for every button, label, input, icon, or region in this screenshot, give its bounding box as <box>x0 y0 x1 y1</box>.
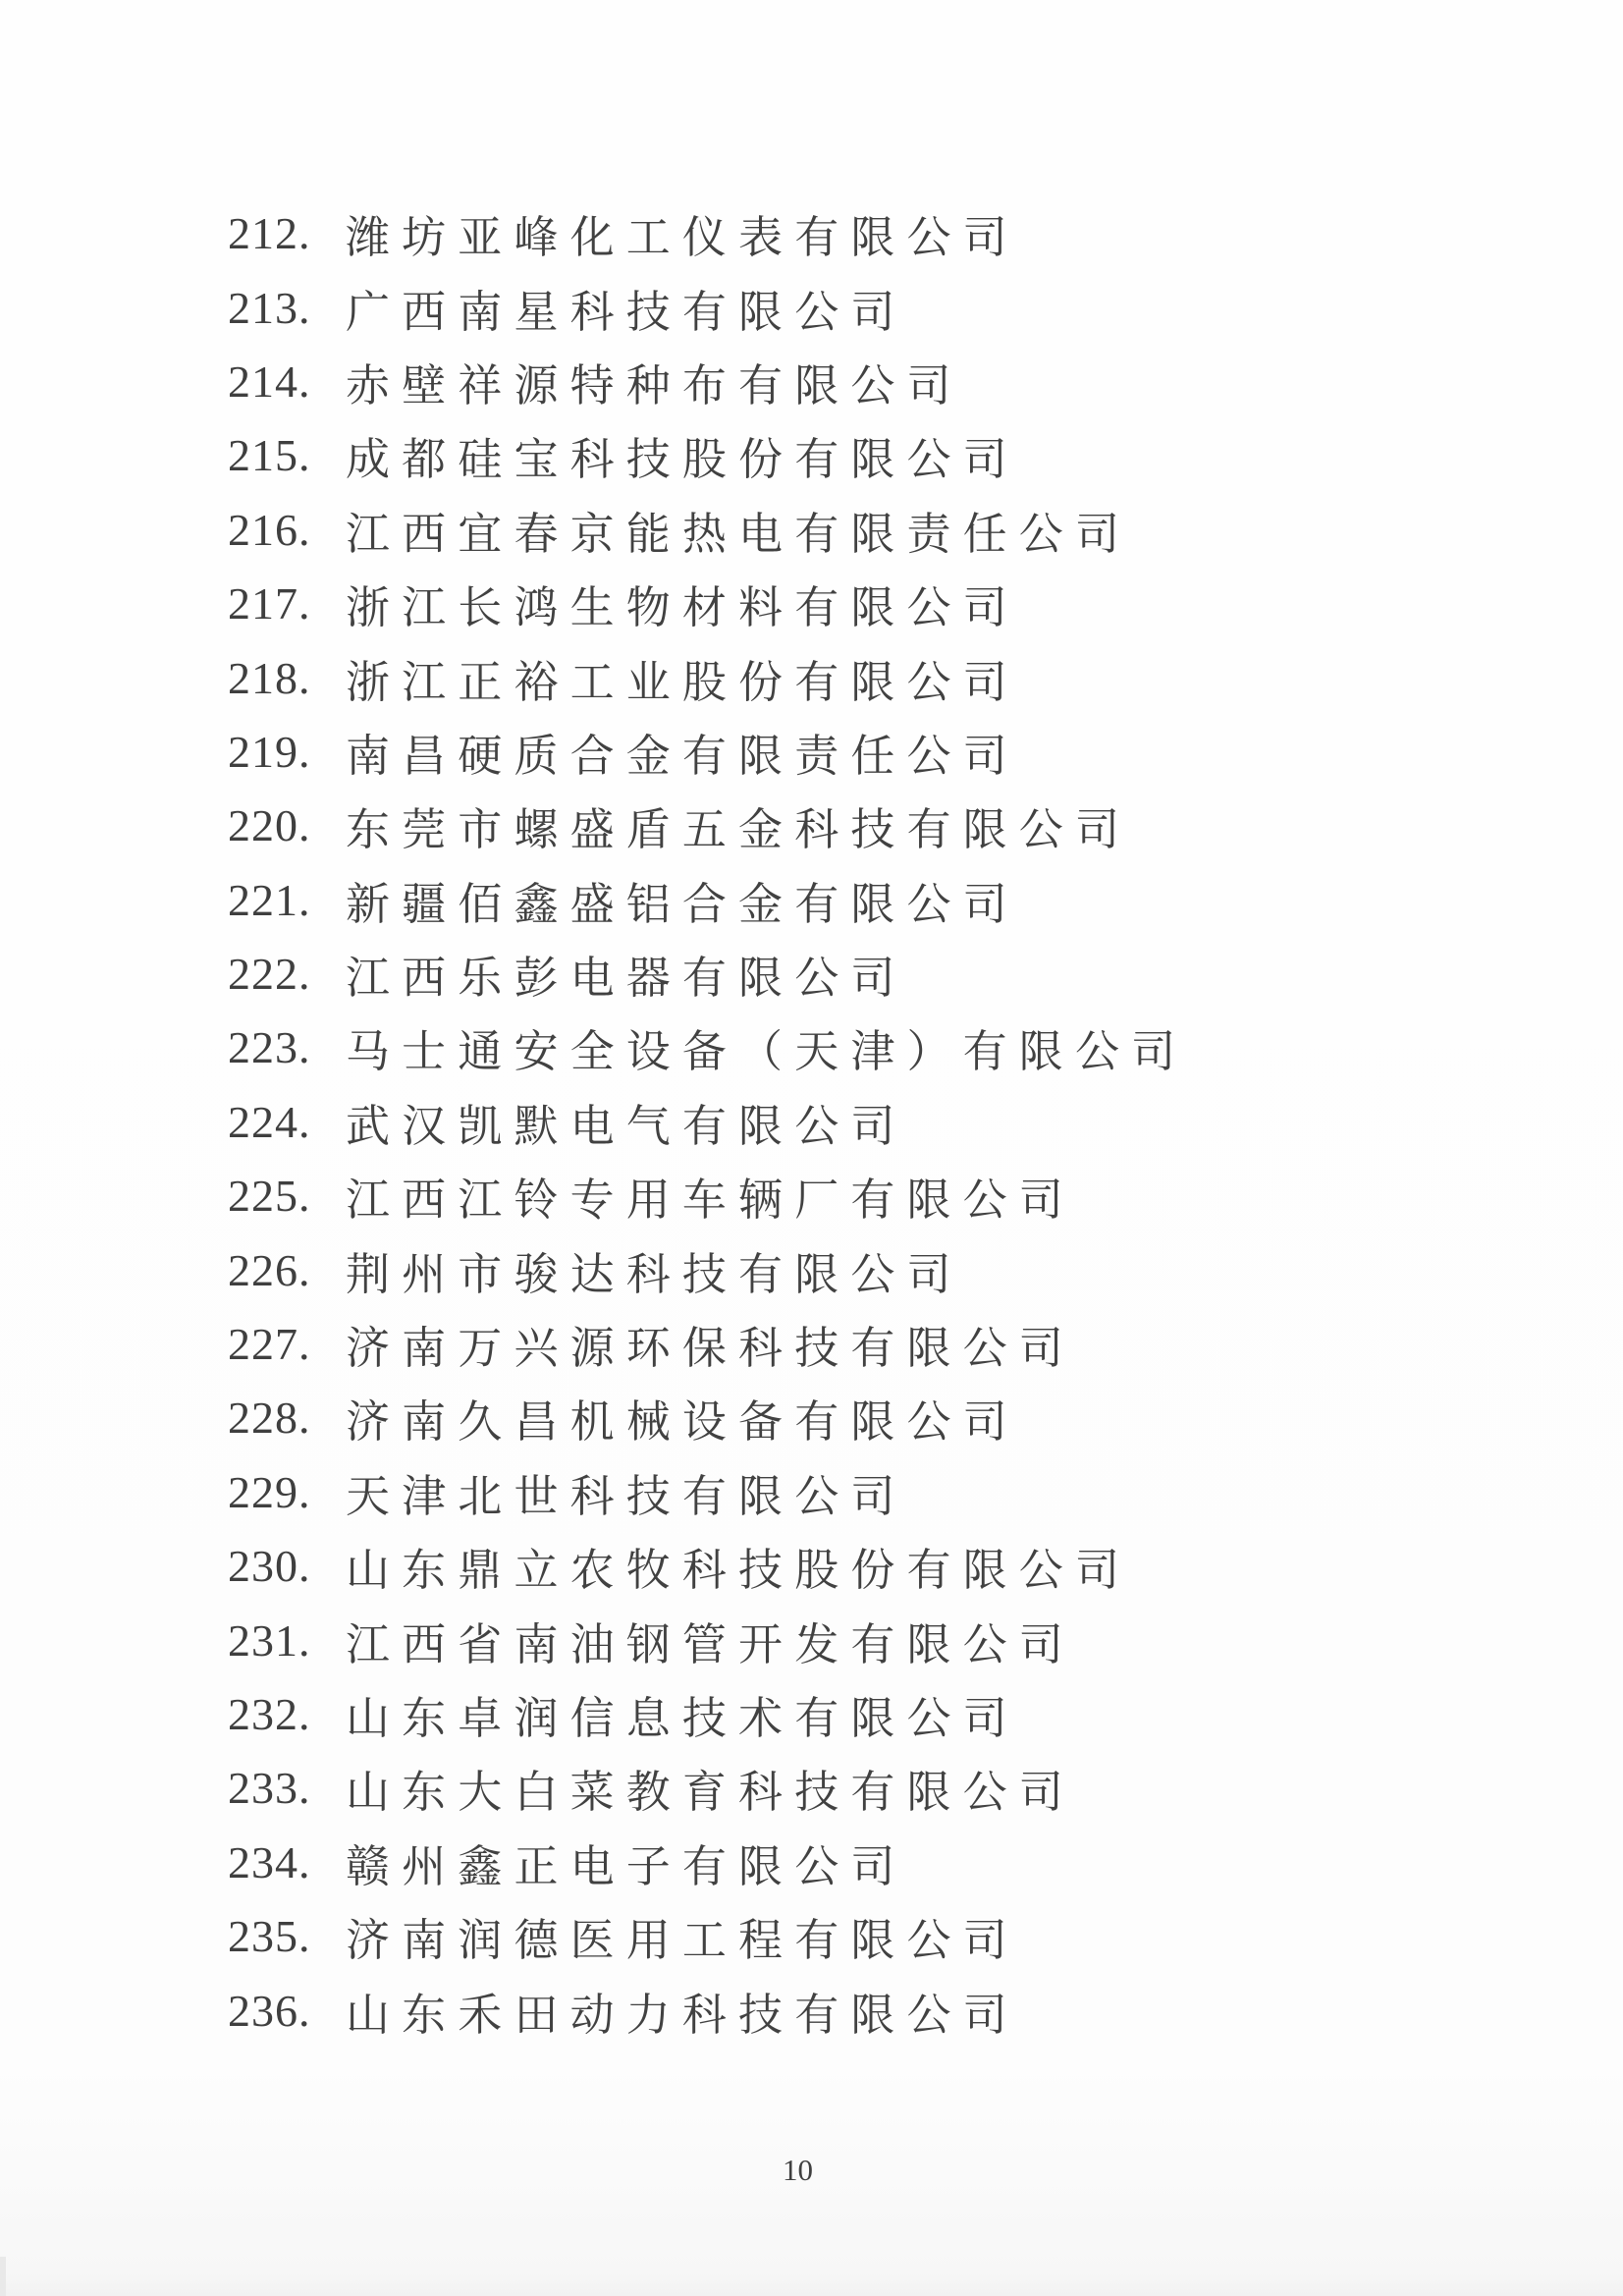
item-name: 济南久昌机械设备有限公司 <box>346 1386 1019 1449</box>
list-item: 229.天津北世科技有限公司 <box>228 1455 1564 1529</box>
item-number: 229. <box>228 1466 346 1518</box>
item-number: 232. <box>228 1688 346 1740</box>
item-number: 221. <box>228 874 346 926</box>
item-name: 天津北世科技有限公司 <box>346 1460 907 1524</box>
list-item: 225.江西江铃专用车辆厂有限公司 <box>228 1159 1564 1232</box>
list-item: 227.济南万兴源环保科技有限公司 <box>228 1307 1564 1381</box>
company-list: 212.潍坊亚峰化工仪表有限公司213.广西南星科技有限公司214.赤壁祥源特种… <box>228 196 1564 2048</box>
item-name: 江西省南油钢管开发有限公司 <box>346 1609 1075 1672</box>
item-name: 赤壁祥源特种布有限公司 <box>346 350 963 413</box>
item-name: 江西江铃专用车辆厂有限公司 <box>346 1164 1075 1228</box>
item-number: 216. <box>228 504 346 556</box>
item-number: 224. <box>228 1096 346 1148</box>
item-number: 235. <box>228 1910 346 1962</box>
item-number: 234. <box>228 1836 346 1888</box>
item-name: 济南润德医用工程有限公司 <box>346 1904 1019 1968</box>
list-item: 236.山东禾田动力科技有限公司 <box>228 1973 1564 2047</box>
list-item: 219.南昌硬质合金有限责任公司 <box>228 715 1564 789</box>
item-number: 223. <box>228 1021 346 1073</box>
item-name: 广西南星科技有限公司 <box>346 276 907 340</box>
list-item: 224.武汉凯默电气有限公司 <box>228 1085 1564 1159</box>
document-page: 212.潍坊亚峰化工仪表有限公司213.广西南星科技有限公司214.赤壁祥源特种… <box>0 0 1623 2296</box>
item-number: 218. <box>228 652 346 704</box>
item-name: 南昌硬质合金有限责任公司 <box>346 720 1019 784</box>
list-item: 230.山东鼎立农牧科技股份有限公司 <box>228 1529 1564 1603</box>
page-number: 10 <box>783 2153 813 2188</box>
item-name: 成都硅宝科技股份有限公司 <box>346 423 1019 487</box>
item-number: 236. <box>228 1985 346 2037</box>
item-number: 219. <box>228 726 346 778</box>
list-item: 233.山东大白菜教育科技有限公司 <box>228 1751 1564 1825</box>
list-item: 221.新疆佰鑫盛铝合金有限公司 <box>228 863 1564 937</box>
item-number: 215. <box>228 429 346 481</box>
item-name: 济南万兴源环保科技有限公司 <box>346 1312 1075 1376</box>
item-number: 212. <box>228 207 346 259</box>
item-number: 230. <box>228 1540 346 1592</box>
item-name: 赣州鑫正电子有限公司 <box>346 1831 907 1894</box>
item-number: 214. <box>228 355 346 408</box>
list-item: 218.浙江正裕工业股份有限公司 <box>228 640 1564 714</box>
item-name: 江西宜春京能热电有限责任公司 <box>346 498 1131 562</box>
item-name: 东莞市螺盛盾五金科技有限公司 <box>346 793 1131 857</box>
item-name: 江西乐彭电器有限公司 <box>346 942 907 1006</box>
list-item: 217.浙江长鸿生物材料有限公司 <box>228 567 1564 640</box>
list-item: 232.山东卓润信息技术有限公司 <box>228 1677 1564 1751</box>
item-number: 225. <box>228 1170 346 1222</box>
list-item: 215.成都硅宝科技股份有限公司 <box>228 418 1564 492</box>
list-item: 235.济南润德医用工程有限公司 <box>228 1899 1564 1973</box>
item-name: 浙江正裕工业股份有限公司 <box>346 646 1019 710</box>
item-name: 武汉凯默电气有限公司 <box>346 1090 907 1154</box>
item-number: 233. <box>228 1762 346 1814</box>
item-number: 231. <box>228 1614 346 1667</box>
item-name: 山东鼎立农牧科技股份有限公司 <box>346 1534 1131 1598</box>
list-item: 213.广西南星科技有限公司 <box>228 270 1564 344</box>
scan-artifact <box>0 2257 6 2296</box>
list-item: 216.江西宜春京能热电有限责任公司 <box>228 493 1564 567</box>
list-item: 226.荆州市骏达科技有限公司 <box>228 1232 1564 1306</box>
item-name: 山东禾田动力科技有限公司 <box>346 1979 1019 2043</box>
item-name: 荆州市骏达科技有限公司 <box>346 1238 963 1302</box>
list-item: 234.赣州鑫正电子有限公司 <box>228 1826 1564 1899</box>
list-item: 214.赤壁祥源特种布有限公司 <box>228 345 1564 418</box>
item-number: 222. <box>228 948 346 1000</box>
item-name: 山东卓润信息技术有限公司 <box>346 1682 1019 1746</box>
item-name: 新疆佰鑫盛铝合金有限公司 <box>346 868 1019 932</box>
list-item: 212.潍坊亚峰化工仪表有限公司 <box>228 196 1564 270</box>
item-number: 217. <box>228 577 346 629</box>
page-footer: 10 <box>0 2153 1623 2188</box>
item-number: 226. <box>228 1244 346 1296</box>
item-name: 马士通安全设备（天津）有限公司 <box>346 1015 1187 1079</box>
item-number: 213. <box>228 282 346 334</box>
list-item: 222.江西乐彭电器有限公司 <box>228 937 1564 1011</box>
list-item: 220.东莞市螺盛盾五金科技有限公司 <box>228 789 1564 862</box>
item-name: 浙江长鸿生物材料有限公司 <box>346 572 1019 635</box>
item-number: 227. <box>228 1318 346 1370</box>
list-item: 231.江西省南油钢管开发有限公司 <box>228 1603 1564 1676</box>
list-item: 223.马士通安全设备（天津）有限公司 <box>228 1011 1564 1084</box>
item-number: 220. <box>228 799 346 851</box>
item-name: 潍坊亚峰化工仪表有限公司 <box>346 201 1019 265</box>
item-name: 山东大白菜教育科技有限公司 <box>346 1756 1075 1820</box>
list-item: 228.济南久昌机械设备有限公司 <box>228 1381 1564 1454</box>
item-number: 228. <box>228 1392 346 1444</box>
